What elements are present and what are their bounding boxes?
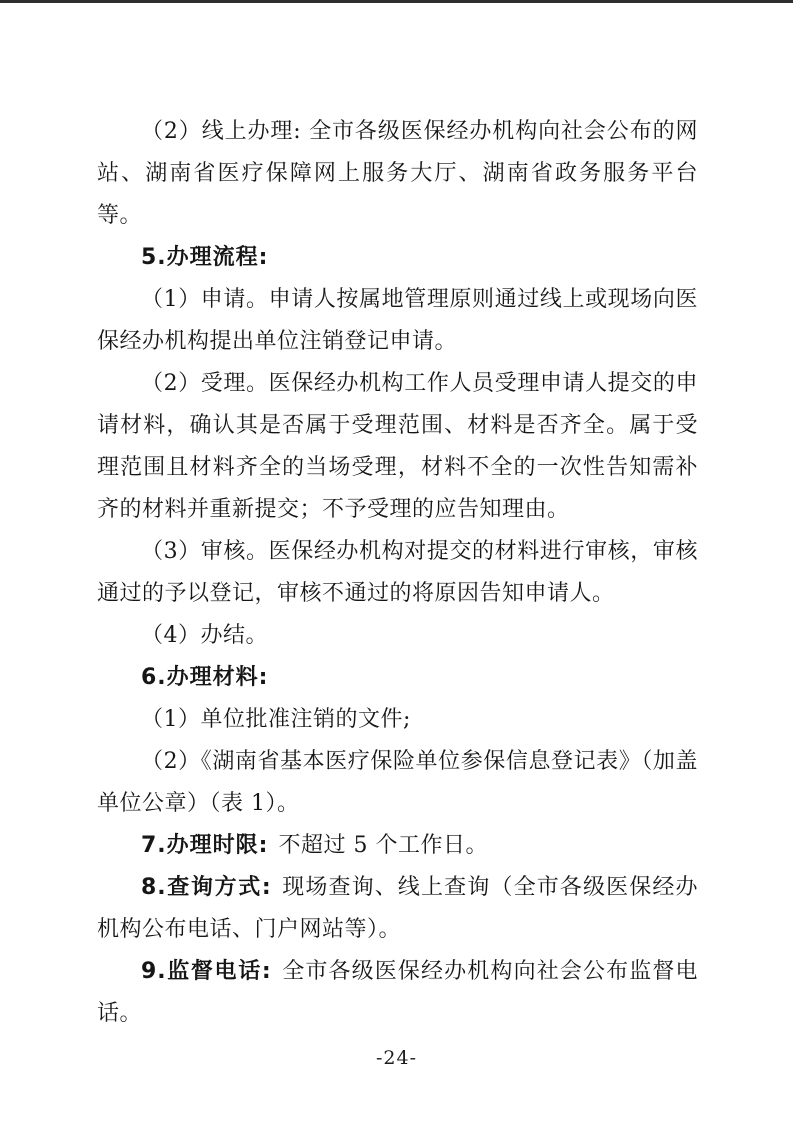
page-number: -24- [376, 1047, 417, 1069]
paragraph-step-apply: （1）申请。申请人按属地管理原则通过线上或现场向医保经办机构提出单位注销登记申请… [97, 279, 698, 363]
supervision-phone-label: 9.监督电话: [141, 959, 272, 984]
section-heading-process: 5.办理流程: [97, 237, 698, 279]
paragraph-step-accept: （2）受理。医保经办机构工作人员受理申请人提交的申请材料，确认其是否属于受理范围… [97, 363, 698, 531]
page-footer: -24- [0, 1047, 793, 1069]
query-method-label: 8.查询方式: [141, 875, 272, 900]
section-heading-materials: 6.办理材料: [97, 657, 698, 699]
scan-artifact-top-edge [0, 0, 793, 3]
document-body: （2）线上办理: 全市各级医保经办机构向社会公布的网站、湖南省医疗保障网上服务大… [97, 111, 698, 1035]
paragraph-online-handling: （2）线上办理: 全市各级医保经办机构向社会公布的网站、湖南省医疗保障网上服务大… [97, 111, 698, 237]
time-limit-label: 7.办理时限: [141, 833, 268, 858]
paragraph-step-review: （3）审核。医保经办机构对提交的材料进行审核，审核通过的予以登记，审核不通过的将… [97, 531, 698, 615]
paragraph-material-1: （1）单位批准注销的文件; [97, 699, 698, 741]
paragraph-material-2: （2）《湖南省基本医疗保险单位参保信息登记表》（加盖单位公章）（表 1）。 [97, 741, 698, 825]
paragraph-time-limit: 7.办理时限:不超过 5 个工作日。 [97, 825, 698, 867]
paragraph-step-complete: （4）办结。 [97, 615, 698, 657]
time-limit-text: 不超过 5 个工作日。 [278, 833, 487, 858]
paragraph-query-method: 8.查询方式:现场查询、线上查询（全市各级医保经办机构公布电话、门户网站等）。 [97, 867, 698, 951]
paragraph-supervision-phone: 9.监督电话:全市各级医保经办机构向社会公布监督电话。 [97, 951, 698, 1035]
